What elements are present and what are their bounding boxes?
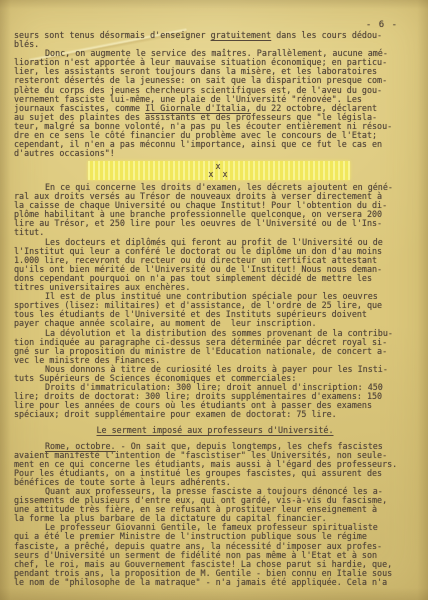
text-line: lire au Trésor, et 250 lire pour les oeu… — [14, 219, 416, 228]
text-segment: titut. — [14, 227, 44, 237]
text-line: seurs sont tenus désormais d'enseigner g… — [14, 31, 416, 40]
text-line: d'autres occasions"! — [14, 149, 416, 158]
text-segment: lire au Trésor, et 250 lire pour les oeu… — [14, 218, 382, 228]
document-page: - 6 - seurs sont tenus désormais d'ensei… — [0, 0, 428, 600]
underlined-text: gratuitement — [211, 30, 272, 40]
text-segment: le nom de "philosophe de la matraque" - … — [14, 577, 387, 587]
text-segment: d'autres occasions"! — [14, 148, 115, 158]
page-content: seurs sont tenus désormais d'enseigner g… — [0, 0, 428, 600]
text-segment: blés. — [14, 39, 39, 49]
divider-xx: x x — [88, 170, 350, 179]
section-divider: xx x — [88, 161, 350, 180]
text-segment: spéciaux; droit supplémentaire pour exam… — [14, 409, 337, 419]
text-segment: seurs sont tenus désormais d'enseigner — [14, 30, 211, 40]
text-line: spéciaux; droit supplémentaire pour exam… — [14, 410, 416, 419]
text-line: le nom de "philosophe de la matraque" - … — [14, 578, 416, 587]
section-heading-text: Le serment imposé aux professeurs d'Univ… — [97, 425, 334, 435]
text-segment: dans les cours dédou- — [271, 30, 382, 40]
section-heading: Le serment imposé aux professeurs d'Univ… — [14, 426, 416, 435]
